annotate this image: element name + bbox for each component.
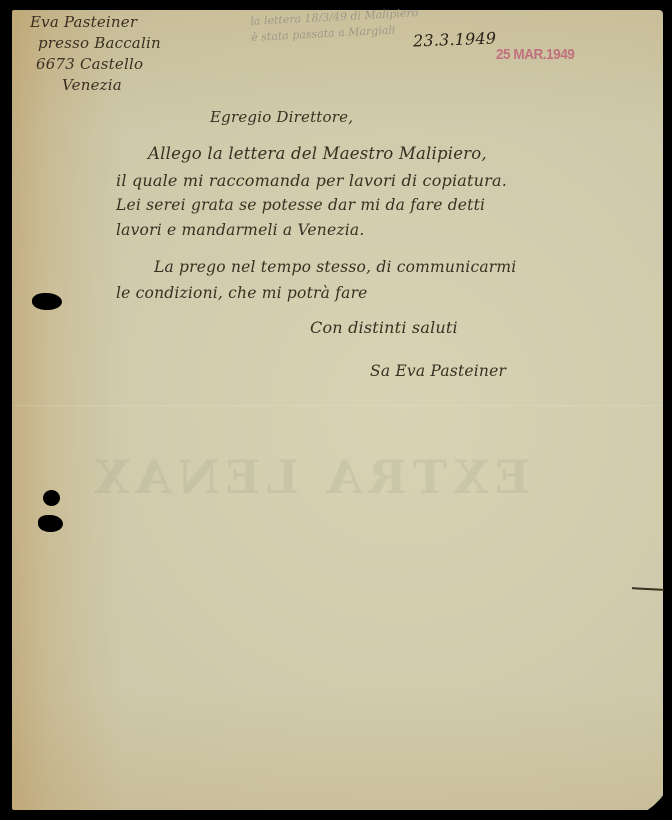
sender-address-line4: Venezia [30, 75, 161, 96]
paper-watermark: EXTRA LENAX [88, 450, 530, 504]
sender-address-line2: presso Baccalin [30, 33, 161, 54]
letter-paper [12, 10, 663, 810]
punch-hole-icon [32, 293, 62, 310]
sender-address-line3: 6673 Castello [30, 54, 161, 75]
punch-hole-icon [38, 515, 63, 532]
signature: Sa Eva Pasteiner [370, 362, 506, 380]
sender-name: Eva Pasteiner [30, 12, 161, 33]
body-line-5: La prego nel tempo stesso, di communicar… [154, 258, 516, 276]
punch-hole-icon [43, 490, 60, 506]
closing: Con distinti saluti [310, 318, 458, 337]
body-line-4: lavori e mandarmeli a Venezia. [116, 221, 364, 239]
salutation: Egregio Direttore, [210, 108, 353, 126]
sender-address: Eva Pasteiner presso Baccalin 6673 Caste… [30, 12, 161, 96]
paper-fold-line [12, 405, 663, 406]
received-date-stamp: 25 MAR.1949 [496, 46, 574, 63]
body-line-2: il quale mi raccomanda per lavori di cop… [116, 171, 507, 190]
body-line-6: le condizioni, che mi potrà fare [116, 284, 368, 302]
body-line-3: Lei serei grata se potesse dar mi da far… [116, 196, 485, 214]
scanned-document: Eva Pasteiner presso Baccalin 6673 Caste… [0, 0, 672, 820]
body-line-1: Allego la lettera del Maestro Malipiero, [148, 144, 487, 163]
letter-date: 23.3.1949 [413, 29, 497, 51]
